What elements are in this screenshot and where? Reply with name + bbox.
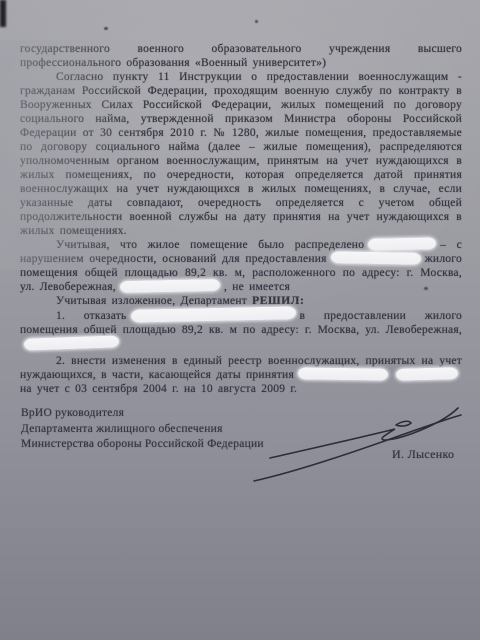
decision-heading-text: Учитывая изложенное, Департамент — [56, 295, 247, 307]
ink-speck — [104, 27, 108, 30]
redaction-patch — [396, 367, 458, 381]
decision-resolved-word: РЕШИЛ: — [252, 295, 304, 307]
signatory-title-line: ВрИО руководителя — [21, 406, 264, 422]
signatory-title-line: Министерства обороны Российской Федераци… — [21, 437, 264, 453]
paragraph-text: , не имеется — [224, 281, 290, 293]
paragraph-instruction: Согласно пункту 11 Инструкции о предоста… — [20, 70, 462, 238]
signature-block: ВрИО руководителя Департамента жилищного… — [21, 406, 264, 453]
decision-item-1: 1. отказатьв предоставлении жилого помещ… — [20, 308, 462, 351]
paragraph-considering: Учитывая, что жилое помещение было распр… — [20, 238, 462, 294]
handwritten-signature — [248, 392, 470, 490]
paragraph-continuation: государственного военного образовательно… — [20, 42, 462, 70]
redaction-patch — [130, 306, 295, 322]
paragraph-text: Учитывая, что жилое помещение было распр… — [56, 239, 364, 251]
decision-heading: Учитывая изложенное, Департамент РЕШИЛ: — [20, 294, 462, 308]
signatory-title-line: Департамента жилищного обеспечения — [21, 422, 264, 438]
redaction-patch — [331, 251, 421, 265]
decision-item-2: 2. внести изменения в единый реестр воен… — [20, 354, 462, 396]
redaction-patch — [120, 279, 220, 293]
signatory-name: И. Лысенко — [392, 447, 454, 462]
photo-corner-shadow — [0, 0, 6, 27]
document-photo: государственного военного образовательно… — [0, 0, 480, 640]
redaction-patch — [368, 237, 436, 250]
item-text: 1. отказать — [56, 310, 127, 322]
redaction-patch — [24, 335, 119, 350]
ink-speck — [255, 20, 258, 23]
document-body: государственного военного образовательно… — [20, 42, 462, 396]
redaction-patch — [298, 367, 388, 380]
